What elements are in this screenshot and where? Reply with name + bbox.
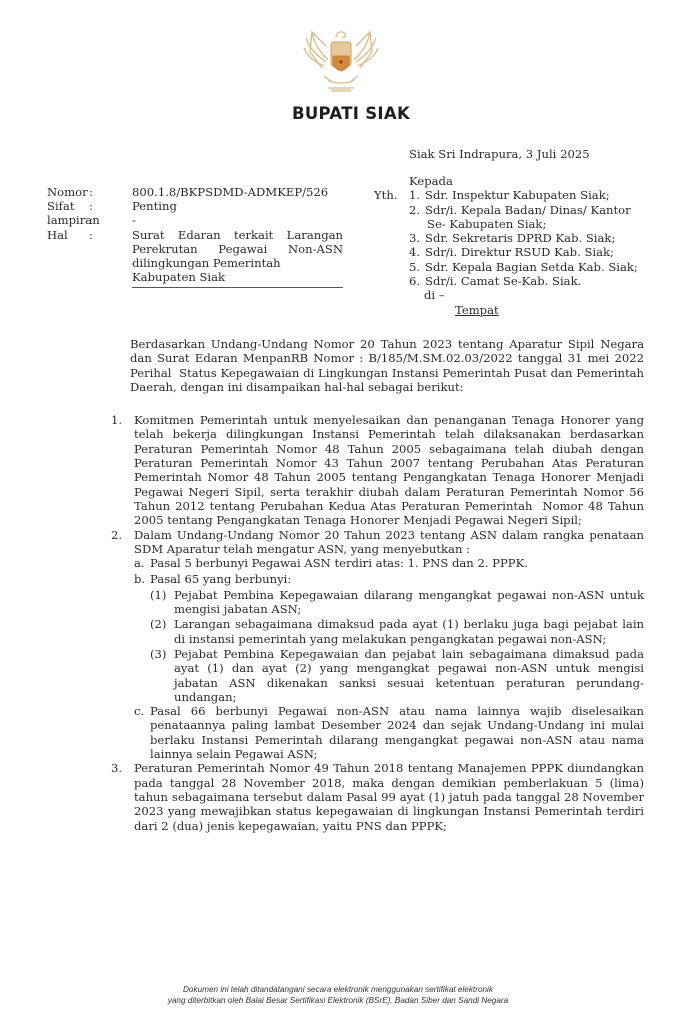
footer-line-1: Dokumen ini telah ditandatangani secara … — [0, 984, 676, 995]
addressee-item: 3.Sdr. Sekretaris DPRD Kab. Siak; — [409, 231, 638, 245]
addressee-num: 1. — [409, 188, 425, 202]
meta-colon: : — [89, 228, 132, 285]
hal-underline — [132, 287, 343, 288]
subpoint-text: Pasal 66 berbunyi Pegawai non-ASN atau n… — [150, 704, 644, 761]
meta-value-nomor: 800.1.8/BKPSDMD-ADMKEP/526 — [132, 185, 374, 199]
footer-line-2: yang diterbitkan oleh Balai Besar Sertif… — [0, 995, 676, 1006]
addressee-yth: Yth. — [374, 188, 409, 288]
ayat-number: (1) — [150, 588, 174, 617]
place-date: Siak Sri Indrapura, 3 Juli 2025 — [409, 147, 590, 161]
point-number: 1. — [111, 413, 134, 527]
ayat-number: (3) — [150, 647, 174, 704]
addressee-num: 5. — [409, 260, 425, 274]
addressee-item: 6.Sdr/i. Camat Se-Kab. Siak. — [409, 274, 638, 288]
meta-value-sifat: Penting — [132, 199, 374, 213]
addressee-text: Sdr/i. Kepala Badan/ Dinas/ KantorSe- Ka… — [425, 203, 631, 232]
point-3: 3. Peraturan Pemerintah Nomor 49 Tahun 2… — [106, 761, 644, 832]
point-text: Peraturan Pemerintah Nomor 49 Tahun 2018… — [134, 761, 644, 832]
subpoint-c: c. Pasal 66 berbunyi Pegawai non-ASN ata… — [134, 704, 644, 761]
ayat-2: (2) Larangan sebagaimana dimaksud pada a… — [150, 617, 644, 646]
hal-line-2: dilingkungan Pemerintah — [132, 256, 343, 270]
subpoint-letter: b. — [134, 572, 150, 586]
garuda-emblem-icon — [298, 22, 384, 98]
ayat-3: (3) Pejabat Pembina Kepegawaian dan peja… — [150, 647, 644, 704]
addressee-text-line1: Sdr/i. Kepala Badan/ Dinas/ Kantor — [425, 203, 631, 217]
subpoint-letter: a. — [134, 556, 150, 570]
meta-label: Nomor — [47, 185, 89, 199]
subpoint-text: Pasal 65 yang berbunyi: — [150, 572, 644, 586]
subpoint-text: Pasal 5 berbunyi Pegawai ASN terdiri ata… — [150, 556, 644, 570]
subpoint-letter: c. — [134, 704, 150, 761]
meta-row-nomor: Nomor : 800.1.8/BKPSDMD-ADMKEP/526 — [47, 185, 374, 199]
hal-line-1: Surat Edaran terkait Larangan Perekrutan… — [132, 228, 343, 256]
letter-body: Berdasarkan Undang-Undang Nomor 20 Tahun… — [130, 337, 644, 833]
ayat-text: Pejabat Pembina Kepegawaian dilarang men… — [174, 588, 644, 617]
meta-value-lampiran: - — [132, 213, 374, 227]
point-1: 1. Komitmen Pemerintah untuk menyelesaik… — [106, 413, 644, 527]
addressee-item: 2.Sdr/i. Kepala Badan/ Dinas/ KantorSe- … — [409, 203, 638, 232]
meta-label: Sifat — [47, 199, 89, 213]
addressee-kepada: Kepada — [409, 174, 638, 188]
points-list: 1. Komitmen Pemerintah untuk menyelesaik… — [106, 413, 644, 833]
meta-value-hal: Surat Edaran terkait Larangan Perekrutan… — [132, 228, 343, 285]
addressee-item: 5.Sdr. Kepala Bagian Setda Kab. Siak; — [409, 260, 638, 274]
addressee-list: 1.Sdr. Inspektur Kabupaten Siak; 2.Sdr/i… — [409, 188, 638, 288]
addressee-text: Sdr. Kepala Bagian Setda Kab. Siak; — [425, 260, 638, 274]
letter-page: BUPATI SIAK Siak Sri Indrapura, 3 Juli 2… — [0, 0, 676, 1024]
addressee-num: 2. — [409, 203, 425, 232]
addressee-item: 4.Sdr/i. Direktur RSUD Kab. Siak; — [409, 245, 638, 259]
point-text: Dalam Undang-Undang Nomor 20 Tahun 2023 … — [134, 528, 644, 557]
ayat-1: (1) Pejabat Pembina Kepegawaian dilarang… — [150, 588, 644, 617]
meta-label: lampiran — [47, 213, 89, 227]
meta-row-hal: Hal : Surat Edaran terkait Larangan Pere… — [47, 228, 374, 285]
point-text: Komitmen Pemerintah untuk menyelesaikan … — [134, 413, 644, 527]
hal-line-3: Kabupaten Siak — [132, 270, 343, 284]
addressee-di: di – — [424, 288, 638, 302]
subpoint-a: a. Pasal 5 berbunyi Pegawai ASN terdiri … — [134, 556, 644, 570]
ayat-text: Pejabat Pembina Kepegawaian dan pejabat … — [174, 647, 644, 704]
electronic-signature-note: Dokumen ini telah ditandatangani secara … — [0, 984, 676, 1006]
addressee-text: Sdr. Sekretaris DPRD Kab. Siak; — [425, 231, 615, 245]
ayat-number: (2) — [150, 617, 174, 646]
meta-row-sifat: Sifat : Penting — [47, 199, 374, 213]
addressee-text: Sdr/i. Camat Se-Kab. Siak. — [425, 274, 581, 288]
meta-colon: : — [89, 199, 132, 213]
addressee-item: 1.Sdr. Inspektur Kabupaten Siak; — [409, 188, 638, 202]
addressee-num: 4. — [409, 245, 425, 259]
letter-meta: Nomor : 800.1.8/BKPSDMD-ADMKEP/526 Sifat… — [47, 185, 374, 284]
addressee-text: Sdr. Inspektur Kabupaten Siak; — [425, 188, 610, 202]
organization-name: BUPATI SIAK — [0, 104, 676, 123]
ayat-text: Larangan sebagaimana dimaksud pada ayat … — [174, 617, 644, 646]
point-number: 3. — [111, 761, 134, 832]
subpoint-b: b. Pasal 65 yang berbunyi: — [134, 572, 644, 586]
point-2: 2. Dalam Undang-Undang Nomor 20 Tahun 20… — [106, 528, 644, 557]
point-number: 2. — [111, 528, 134, 557]
addressee-text: Sdr/i. Direktur RSUD Kab. Siak; — [425, 245, 614, 259]
addressee-tempat: Tempat — [455, 303, 638, 317]
addressee-text-line2: Se- Kabupaten Siak; — [427, 217, 546, 231]
meta-row-lampiran: lampiran : - — [47, 213, 374, 227]
meta-colon: : — [89, 213, 132, 227]
intro-paragraph: Berdasarkan Undang-Undang Nomor 20 Tahun… — [130, 337, 644, 394]
addressee-num: 3. — [409, 231, 425, 245]
addressee-block: Kepada Yth. 1.Sdr. Inspektur Kabupaten S… — [374, 174, 638, 317]
addressee-num: 6. — [409, 274, 425, 288]
meta-label: Hal — [47, 228, 89, 285]
meta-colon: : — [89, 185, 132, 199]
